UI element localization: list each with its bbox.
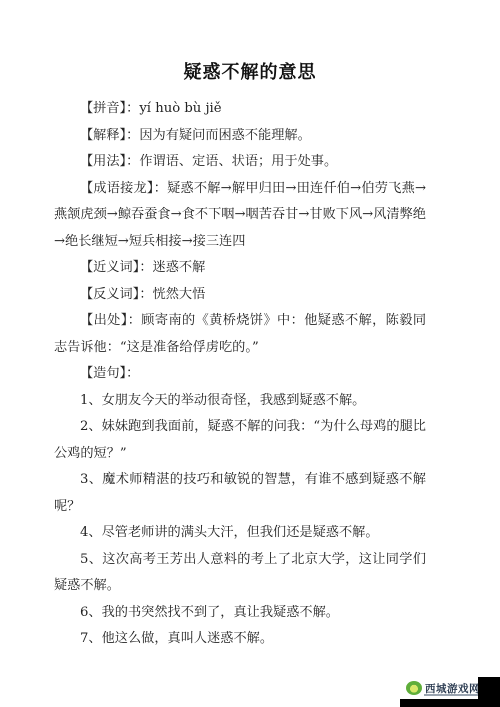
document-body: 【拼音】：yí huò bù jiě 【解释】：因为有疑问而困惑不能理解。 【用… bbox=[54, 96, 426, 653]
site-watermark: 西城游戏网 bbox=[400, 677, 500, 707]
watermark-dark-block bbox=[478, 677, 500, 699]
entry-text: 作谓语、定语、状语；用于处事。 bbox=[139, 154, 337, 169]
entry-example-sentences-heading: 【造句】： bbox=[54, 361, 426, 388]
entry-label: 【反义词】 bbox=[80, 287, 139, 302]
entry-separator: ： bbox=[126, 128, 139, 143]
leaf-logo-icon bbox=[406, 681, 422, 695]
entry-source: 【出处】：顾寄南的《黄桥烧饼》中：他疑惑不解，陈毅同志告诉他：“这是准备给俘虏吃… bbox=[54, 308, 426, 361]
entry-label: 【近义词】 bbox=[80, 260, 139, 275]
document-page: 疑惑不解的意思 【拼音】：yí huò bù jiě 【解释】：因为有疑问而困惑… bbox=[0, 0, 500, 707]
entry-text: 迷惑不解 bbox=[153, 260, 206, 275]
entry-label: 【解释】 bbox=[80, 128, 126, 143]
entry-text: 恍然大悟 bbox=[153, 287, 206, 302]
entry-label: 【用法】 bbox=[80, 154, 126, 169]
entry-antonym: 【反义词】：恍然大悟 bbox=[54, 282, 426, 309]
entry-separator: ： bbox=[126, 366, 139, 381]
entry-label: 【拼音】 bbox=[80, 101, 126, 116]
page-title: 疑惑不解的意思 bbox=[0, 58, 500, 84]
entry-label: 【造句】 bbox=[80, 366, 126, 381]
entry-separator: ： bbox=[126, 154, 139, 169]
entry-text: 因为有疑问而困惑不能理解。 bbox=[139, 128, 310, 143]
entry-separator: ： bbox=[139, 260, 152, 275]
entry-label: 【出处】 bbox=[80, 313, 128, 328]
entry-separator: ： bbox=[128, 313, 142, 328]
watermark-subtitle-line bbox=[424, 694, 480, 696]
example-sentence: 5、这次高考王芳出人意料的考上了北京大学，这让同学们疑惑不解。 bbox=[54, 547, 426, 600]
example-sentence: 1、女朋友今天的举动很奇怪，我感到疑惑不解。 bbox=[54, 388, 426, 415]
entry-text: yí huò bù jiě bbox=[139, 101, 221, 116]
entry-usage: 【用法】：作谓语、定语、状语；用于处事。 bbox=[54, 149, 426, 176]
example-sentence: 2、妹妹跑到我面前，疑惑不解的问我：“为什么母鸡的腿比公鸡的短？” bbox=[54, 414, 426, 467]
entry-synonym: 【近义词】：迷惑不解 bbox=[54, 255, 426, 282]
watermark-dark-bar bbox=[400, 699, 500, 707]
example-sentence: 6、我的书突然找不到了，真让我疑惑不解。 bbox=[54, 600, 426, 627]
example-sentence: 3、魔术师精湛的技巧和敏锐的智慧，有谁不感到疑惑不解呢？ bbox=[54, 467, 426, 520]
entry-idiom-chain: 【成语接龙】：疑惑不解→解甲归田→田连仟伯→伯劳飞燕→燕颔虎颈→鲸吞蚕食→食不下… bbox=[54, 176, 426, 256]
example-sentence: 7、他这么做，真叫人迷惑不解。 bbox=[54, 626, 426, 653]
example-sentence: 4、尽管老师讲的满头大汗，但我们还是疑惑不解。 bbox=[54, 520, 426, 547]
entry-explanation: 【解释】：因为有疑问而困惑不能理解。 bbox=[54, 123, 426, 150]
entry-separator: ： bbox=[139, 287, 152, 302]
entry-separator: ： bbox=[126, 101, 139, 116]
entry-label: 【成语接龙】 bbox=[80, 181, 154, 196]
entry-pinyin: 【拼音】：yí huò bù jiě bbox=[54, 96, 426, 123]
entry-separator: ： bbox=[154, 181, 167, 196]
